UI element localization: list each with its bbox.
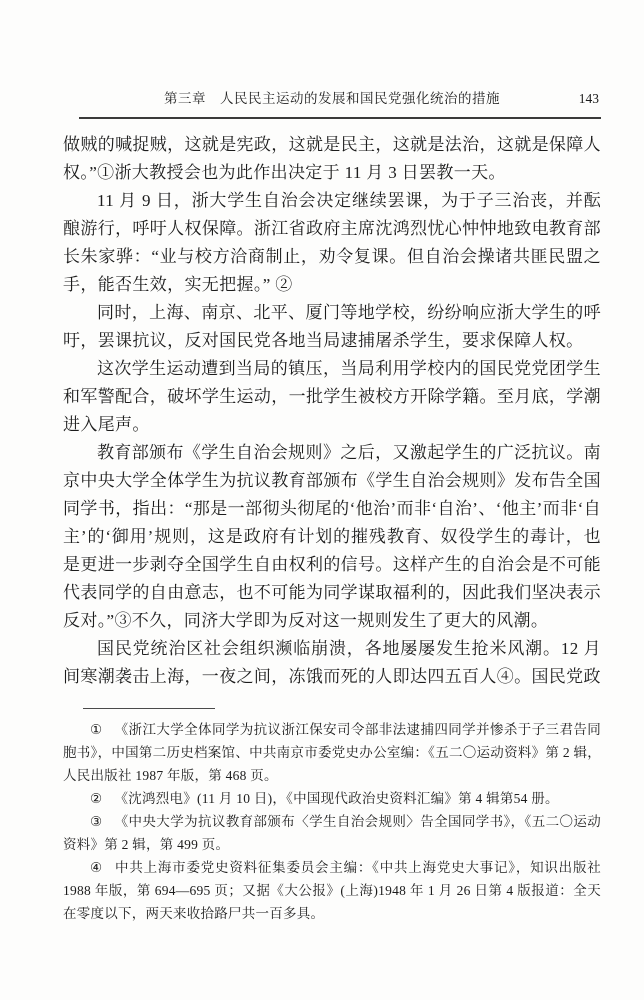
footnote-marker: ③	[90, 814, 115, 829]
footnote-item: ①《浙江大学全体同学为抗议浙江保安司令部非法逮捕四同学并惨杀于子三君告同胞书》，…	[63, 718, 601, 787]
paragraph: 11 月 9 日，浙大学生自治会决定继续罢课，为于子三治丧，并酝酿游行，呼吁人权…	[63, 187, 601, 299]
footnote-item: ③《中央大学为抗议教育部颁布〈学生自治会规则〉告全国同学书》，《五二〇运动资料》…	[63, 810, 601, 856]
paragraph: 教育部颁布《学生自治会规则》之后，又激起学生的广泛抗议。南京中央大学全体学生为抗…	[63, 439, 601, 635]
footnote-item: ④中共上海市委党史资料征集委员会主编：《中共上海党史大事记》，知识出版社 198…	[63, 856, 601, 925]
paragraph: 做贼的喊捉贼，这就是宪政，这就是民主，这就是法治，这就是保障人权。”①浙大教授会…	[63, 131, 601, 187]
chapter-title: 第三章 人民民主运动的发展和国民党强化统治的措施	[63, 88, 601, 110]
header-rule	[79, 117, 601, 119]
footnote-text: 《浙江大学全体同学为抗议浙江保安司令部非法逮捕四同学并惨杀于子三君告同胞书》，中…	[63, 722, 601, 783]
page-content: 第三章 人民民主运动的发展和国民党强化统治的措施 143 做贼的喊捉贼，这就是宪…	[63, 88, 601, 925]
footnote-marker: ④	[90, 860, 115, 875]
footnote-text: 《中央大学为抗议教育部颁布〈学生自治会规则〉告全国同学书》，《五二〇运动资料》第…	[63, 814, 601, 852]
body-text: 做贼的喊捉贼，这就是宪政，这就是民主，这就是法治，这就是保障人权。”①浙大教授会…	[63, 131, 601, 691]
footnote-marker: ①	[90, 722, 115, 737]
footnote-text: 中共上海市委党史资料征集委员会主编：《中共上海党史大事记》，知识出版社 1988…	[63, 860, 601, 921]
footnotes: ①《浙江大学全体同学为抗议浙江保安司令部非法逮捕四同学并惨杀于子三君告同胞书》，…	[63, 718, 601, 925]
paragraph: 同时，上海、南京、北平、厦门等地学校，纷纷响应浙大学生的呼吁，罢课抗议，反对国民…	[63, 299, 601, 355]
page-number: 143	[579, 88, 599, 110]
book-page: 第三章 人民民主运动的发展和国民党强化统治的措施 143 做贼的喊捉贼，这就是宪…	[0, 0, 644, 1000]
footnote-separator	[83, 708, 215, 709]
footnote-text: 《沈鸿烈电》(11 月 10 日)，《中国现代政治史资料汇编》第 4 辑第54 …	[115, 791, 559, 806]
running-head: 第三章 人民民主运动的发展和国民党强化统治的措施 143	[63, 88, 601, 110]
paragraph: 国民党统治区社会组织濒临崩溃，各地屡屡发生抢米风潮。12 月间寒潮袭击上海，一夜…	[63, 635, 601, 691]
footnote-item: ②《沈鸿烈电》(11 月 10 日)，《中国现代政治史资料汇编》第 4 辑第54…	[63, 787, 601, 810]
footnote-marker: ②	[90, 791, 115, 806]
paragraph: 这次学生运动遭到当局的镇压，当局利用学校内的国民党党团学生和军警配合，破坏学生运…	[63, 355, 601, 439]
